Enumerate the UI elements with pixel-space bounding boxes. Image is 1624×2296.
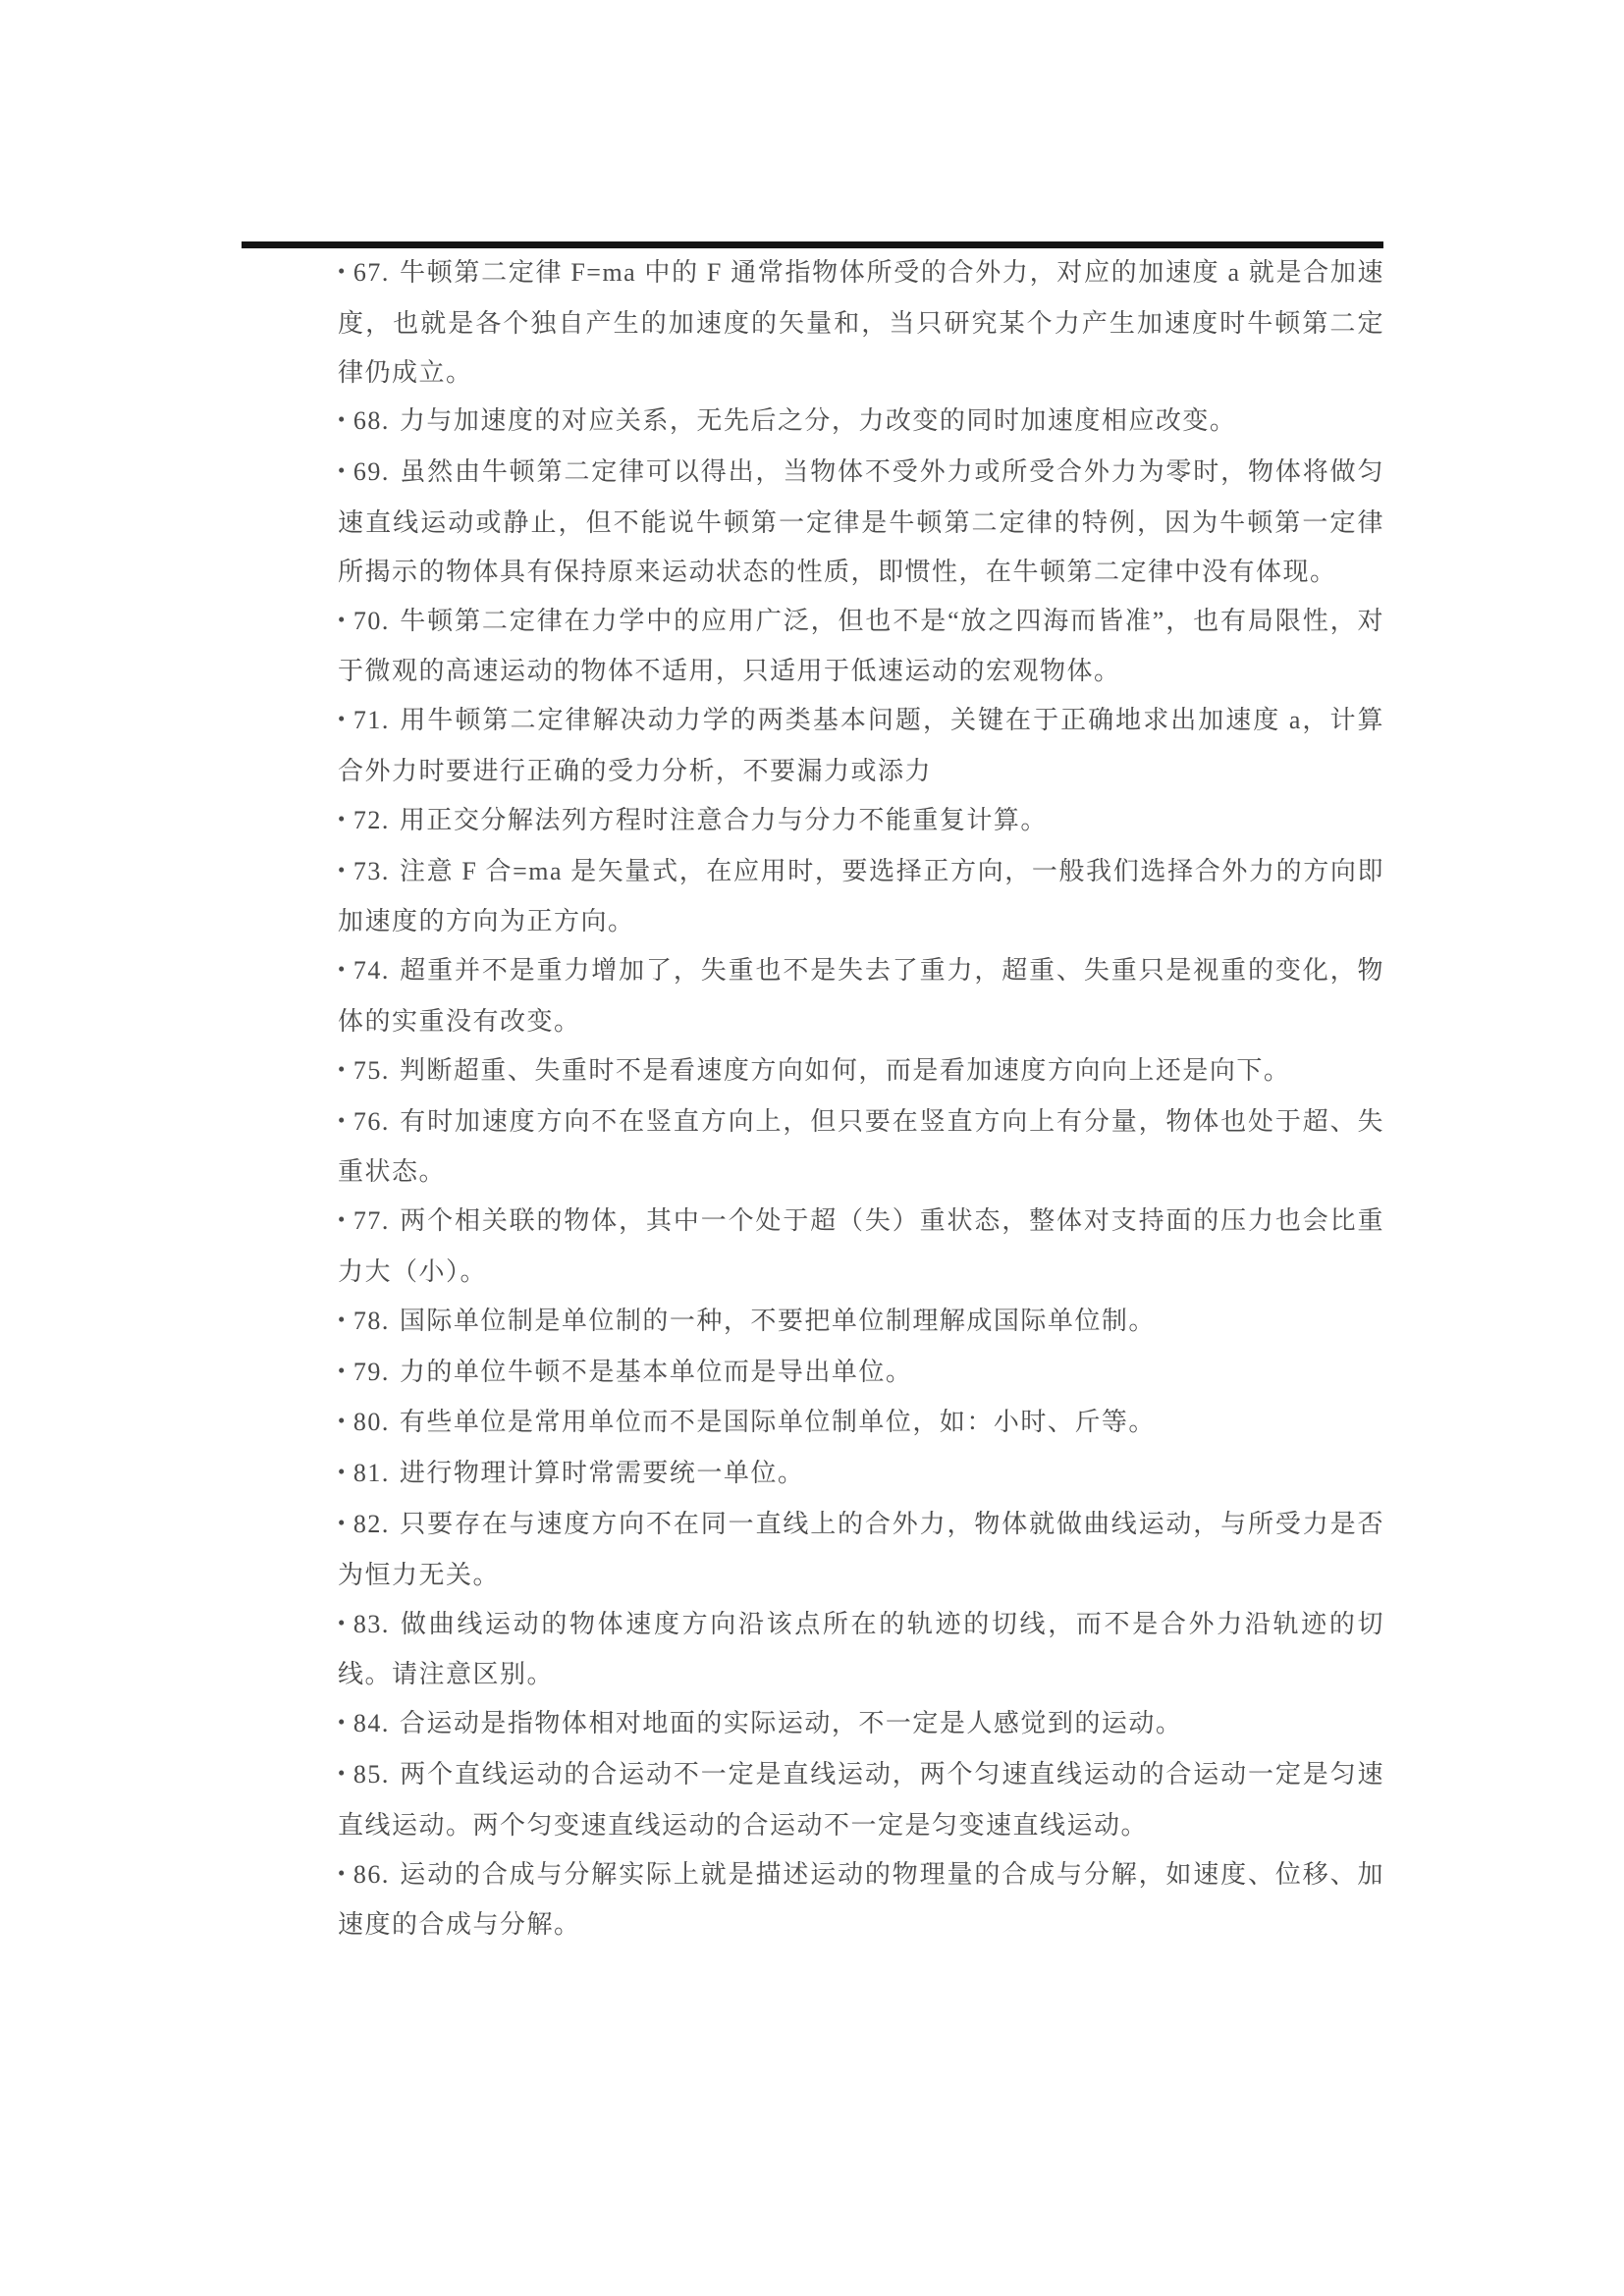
list-item: •71.用牛顿第二定律解决动力学的两类基本问题，关键在于正确地求出加速度 a，计… (338, 696, 1384, 796)
item-text: 合运动是指物体相对地面的实际运动，不一定是人感觉到的运动。 (400, 1709, 1183, 1737)
item-text: 只要存在与速度方向不在同一直线上的合外力，物体就做曲线运动，与所受力是否为恒力无… (338, 1510, 1384, 1589)
list-item: •86.运动的合成与分解实际上就是描述运动的物理量的合成与分解，如速度、位移、加… (338, 1850, 1384, 1950)
item-text: 两个直线运动的合运动不一定是直线运动，两个匀速直线运动的合运动一定是匀速直线运动… (338, 1760, 1384, 1840)
item-number: 69. (353, 457, 390, 486)
item-text: 国际单位制是单位制的一种，不要把单位制理解成国际单位制。 (400, 1307, 1156, 1335)
item-text: 用牛顿第二定律解决动力学的两类基本问题，关键在于正确地求出加速度 a，计算合外力… (338, 706, 1384, 785)
bullet-icon: • (338, 1698, 347, 1747)
list-item: •69.虽然由牛顿第二定律可以得出，当物体不受外力或所受合外力为零时，物体将做匀… (338, 448, 1384, 596)
list-item: •72.用正交分解法列方程时注意合力与分力不能重复计算。 (338, 796, 1384, 847)
item-number: 70. (353, 607, 390, 635)
item-number: 73. (353, 857, 390, 885)
item-number: 67. (353, 258, 390, 287)
item-text: 有时加速度方向不在竖直方向上，但只要在竖直方向上有分量，物体也处于超、失重状态。 (338, 1107, 1384, 1187)
item-number: 68. (353, 406, 390, 435)
item-number: 78. (353, 1307, 390, 1335)
item-number: 81. (353, 1459, 390, 1487)
item-text: 用正交分解法列方程时注意合力与分力不能重复计算。 (400, 806, 1048, 834)
list-item: •76.有时加速度方向不在竖直方向上，但只要在竖直方向上有分量，物体也处于超、失… (338, 1097, 1384, 1198)
item-text: 进行物理计算时常需要统一单位。 (400, 1459, 805, 1487)
item-text: 做曲线运动的物体速度方向沿该点所在的轨迹的切线，而不是合外力沿轨迹的切线。请注意… (338, 1610, 1384, 1689)
top-rule-divider (242, 241, 1383, 248)
bullet-icon: • (338, 1296, 347, 1345)
bullet-icon: • (338, 1196, 347, 1245)
bullet-icon: • (338, 1096, 347, 1146)
bullet-icon: • (338, 945, 347, 994)
list-item: •68.力与加速度的对应关系，无先后之分，力改变的同时加速度相应改变。 (338, 397, 1384, 448)
item-number: 83. (353, 1610, 390, 1638)
bullet-icon: • (338, 247, 347, 296)
list-item: •80.有些单位是常用单位而不是国际单位制单位，如：小时、斤等。 (338, 1398, 1384, 1449)
list-item: •74.超重并不是重力增加了，失重也不是失去了重力，超重、失重只是视重的变化，物… (338, 946, 1384, 1046)
notes-list: •67.牛顿第二定律 F=ma 中的 F 通常指物体所受的合外力，对应的加速度 … (338, 248, 1384, 1949)
item-number: 84. (353, 1709, 390, 1737)
bullet-icon: • (338, 695, 347, 744)
bullet-icon: • (338, 1849, 347, 1898)
item-text: 注意 F 合=ma 是矢量式，在应用时，要选择正方向，一般我们选择合外力的方向即… (338, 857, 1384, 936)
bullet-icon: • (338, 1045, 347, 1095)
bullet-icon: • (338, 447, 347, 496)
item-text: 牛顿第二定律 F=ma 中的 F 通常指物体所受的合外力，对应的加速度 a 就是… (338, 258, 1384, 387)
bullet-icon: • (338, 1749, 347, 1798)
list-item: •78.国际单位制是单位制的一种，不要把单位制理解成国际单位制。 (338, 1297, 1384, 1348)
list-item: •70.牛顿第二定律在力学中的应用广泛，但也不是“放之四海而皆准”，也有局限性，… (338, 597, 1384, 697)
list-item: •77.两个相关联的物体，其中一个处于超（失）重状态，整体对支持面的压力也会比重… (338, 1197, 1384, 1297)
item-text: 判断超重、失重时不是看速度方向如何，而是看加速度方向向上还是向下。 (400, 1056, 1291, 1085)
item-number: 74. (353, 956, 390, 985)
list-item: •85.两个直线运动的合运动不一定是直线运动，两个匀速直线运动的合运动一定是匀速… (338, 1750, 1384, 1850)
item-text: 超重并不是重力增加了，失重也不是失去了重力，超重、失重只是视重的变化，物体的实重… (338, 956, 1384, 1036)
list-item: •81.进行物理计算时常需要统一单位。 (338, 1449, 1384, 1500)
item-number: 77. (353, 1206, 390, 1235)
item-number: 71. (353, 706, 390, 734)
bullet-icon: • (338, 1347, 347, 1396)
bullet-icon: • (338, 1397, 347, 1446)
list-item: •84.合运动是指物体相对地面的实际运动，不一定是人感觉到的运动。 (338, 1699, 1384, 1750)
bullet-icon: • (338, 795, 347, 844)
item-number: 76. (353, 1107, 390, 1136)
bullet-icon: • (338, 846, 347, 895)
bullet-icon: • (338, 596, 347, 645)
list-item: •83.做曲线运动的物体速度方向沿该点所在的轨迹的切线，而不是合外力沿轨迹的切线… (338, 1600, 1384, 1700)
item-text: 虽然由牛顿第二定律可以得出，当物体不受外力或所受合外力为零时，物体将做匀速直线运… (338, 457, 1384, 586)
bullet-icon: • (338, 396, 347, 445)
list-item: •75.判断超重、失重时不是看速度方向如何，而是看加速度方向向上还是向下。 (338, 1046, 1384, 1097)
item-number: 72. (353, 806, 390, 834)
item-number: 80. (353, 1408, 390, 1436)
item-text: 有些单位是常用单位而不是国际单位制单位，如：小时、斤等。 (400, 1408, 1156, 1436)
bullet-icon: • (338, 1599, 347, 1648)
list-item: •67.牛顿第二定律 F=ma 中的 F 通常指物体所受的合外力，对应的加速度 … (338, 248, 1384, 397)
item-number: 82. (353, 1510, 390, 1538)
item-number: 79. (353, 1358, 390, 1386)
item-number: 85. (353, 1760, 390, 1789)
item-text: 两个相关联的物体，其中一个处于超（失）重状态，整体对支持面的压力也会比重力大（小… (338, 1206, 1384, 1286)
list-item: •79.力的单位牛顿不是基本单位而是导出单位。 (338, 1348, 1384, 1399)
bullet-icon: • (338, 1448, 347, 1497)
item-number: 75. (353, 1056, 390, 1085)
item-text: 力与加速度的对应关系，无先后之分，力改变的同时加速度相应改变。 (400, 406, 1237, 435)
list-item: •82.只要存在与速度方向不在同一直线上的合外力，物体就做曲线运动，与所受力是否… (338, 1500, 1384, 1600)
bullet-icon: • (338, 1499, 347, 1548)
item-text: 牛顿第二定律在力学中的应用广泛，但也不是“放之四海而皆准”，也有局限性，对于微观… (338, 607, 1384, 686)
list-item: •73.注意 F 合=ma 是矢量式，在应用时，要选择正方向，一般我们选择合外力… (338, 847, 1384, 947)
item-text: 力的单位牛顿不是基本单位而是导出单位。 (400, 1358, 913, 1386)
document-page: •67.牛顿第二定律 F=ma 中的 F 通常指物体所受的合外力，对应的加速度 … (0, 0, 1624, 2296)
item-number: 86. (353, 1860, 390, 1889)
item-text: 运动的合成与分解实际上就是描述运动的物理量的合成与分解，如速度、位移、加速度的合… (338, 1860, 1384, 1940)
